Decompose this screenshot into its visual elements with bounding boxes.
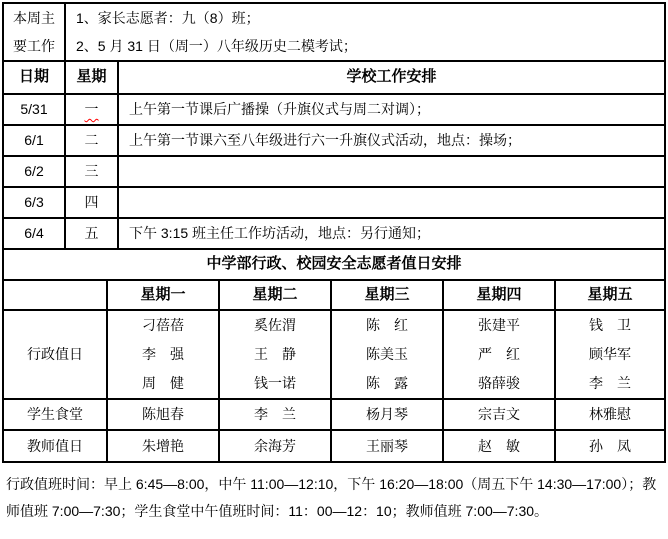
day-header-friday: 星期五 (555, 280, 665, 310)
day-header-monday: 星期一 (107, 280, 219, 310)
duty-person: 李 兰 (558, 369, 662, 398)
duty-person: 刁蓓蓓 (110, 311, 216, 340)
schedule-row: 6/3 四 (3, 187, 665, 218)
duty-row-label: 教师值日 (3, 430, 107, 462)
schedule-header-row: 日期 星期 学校工作安排 (3, 61, 665, 94)
weekday-cell: 五 (65, 218, 118, 249)
duty-person: 王 静 (222, 340, 328, 369)
weekly-schedule-table: 本周主 要工作 1、家长志愿者：九（8）班； 2、5 月 31 日（周一）八年级… (2, 2, 666, 250)
duty-cell: 陈旭春 (107, 399, 219, 430)
date-cell: 6/4 (3, 218, 65, 249)
duty-cell: 奚佐渭 王 静 钱一诺 (219, 310, 331, 399)
duty-person: 陈 红 (334, 311, 440, 340)
duty-person: 钱一诺 (222, 369, 328, 398)
arrangement-cell: 上午第一节课六至八年级进行六一升旗仪式活动，地点：操场； (118, 125, 665, 156)
duty-cell: 赵 敏 (443, 430, 555, 462)
weekly-task-item: 1、家长志愿者：九（8）班； (76, 4, 662, 32)
duty-cell: 钱 卫 顾华军 李 兰 (555, 310, 665, 399)
duty-cell: 杨月琴 (331, 399, 443, 430)
duty-row-teacher: 教师值日 朱增艳 余海芳 王丽琴 赵 敏 孙 凤 (3, 430, 665, 462)
duty-cell: 刁蓓蓓 李 强 周 健 (107, 310, 219, 399)
duty-person: 李 强 (110, 340, 216, 369)
duty-person: 陈美玉 (334, 340, 440, 369)
duty-person: 周 健 (110, 369, 216, 398)
duty-person: 骆薛骏 (446, 369, 552, 398)
weekday-cell: 四 (65, 187, 118, 218)
weekly-tasks-label: 本周主 要工作 (3, 3, 65, 61)
duty-cell: 林雅慰 (555, 399, 665, 430)
weekday-cell: 一 (65, 94, 118, 125)
weekly-tasks-content: 1、家长志愿者：九（8）班； 2、5 月 31 日（周一）八年级历史二模考试； (65, 3, 665, 61)
duty-person: 钱 卫 (558, 311, 662, 340)
duty-title-row: 中学部行政、校园安全志愿者值日安排 (3, 249, 665, 280)
duty-cell: 余海芳 (219, 430, 331, 462)
schedule-row: 6/2 三 (3, 156, 665, 187)
duty-person: 陈 露 (334, 369, 440, 398)
duty-cell: 张建平 严 红 骆薛骏 (443, 310, 555, 399)
duty-cell: 朱增艳 (107, 430, 219, 462)
duty-cell: 李 兰 (219, 399, 331, 430)
duty-roster-table: 中学部行政、校园安全志愿者值日安排 星期一 星期二 星期三 星期四 星期五 行政… (2, 248, 666, 463)
duty-cell: 陈 红 陈美玉 陈 露 (331, 310, 443, 399)
arrangement-cell (118, 156, 665, 187)
date-cell: 6/3 (3, 187, 65, 218)
duty-row-admin: 行政值日 刁蓓蓓 李 强 周 健 奚佐渭 王 静 钱一诺 陈 红 陈美玉 陈 露… (3, 310, 665, 399)
duty-section-title: 中学部行政、校园安全志愿者值日安排 (3, 249, 665, 280)
arrangement-cell (118, 187, 665, 218)
header-date: 日期 (3, 61, 65, 94)
day-header-tuesday: 星期二 (219, 280, 331, 310)
weekday-cell: 二 (65, 125, 118, 156)
duty-person: 奚佐渭 (222, 311, 328, 340)
weekly-tasks-label-line1: 本周主 (6, 4, 62, 32)
weekly-task-item: 2、5 月 31 日（周一）八年级历史二模考试； (76, 32, 662, 60)
date-cell: 5/31 (3, 94, 65, 125)
duty-row-label: 学生食堂 (3, 399, 107, 430)
duty-person: 严 红 (446, 340, 552, 369)
date-cell: 6/1 (3, 125, 65, 156)
schedule-row: 6/4 五 下午 3:15 班主任工作坊活动，地点：另行通知； (3, 218, 665, 249)
schedule-row: 6/1 二 上午第一节课六至八年级进行六一升旗仪式活动，地点：操场； (3, 125, 665, 156)
weekday-cell: 三 (65, 156, 118, 187)
duty-row-label: 行政值日 (3, 310, 107, 399)
day-header-thursday: 星期四 (443, 280, 555, 310)
duty-day-header-row: 星期一 星期二 星期三 星期四 星期五 (3, 280, 665, 310)
schedule-row: 5/31 一 上午第一节课后广播操（升旗仪式与周二对调）； (3, 94, 665, 125)
day-header-wednesday: 星期三 (331, 280, 443, 310)
header-weekday: 星期 (65, 61, 118, 94)
header-arrangement: 学校工作安排 (118, 61, 665, 94)
weekly-tasks-label-line2: 要工作 (6, 32, 62, 60)
duty-cell: 宗吉文 (443, 399, 555, 430)
duty-cell: 王丽琴 (331, 430, 443, 462)
duty-person: 顾华军 (558, 340, 662, 369)
weekday-text-misspelled: 一 (85, 101, 99, 117)
duty-person: 张建平 (446, 311, 552, 340)
weekly-tasks-row: 本周主 要工作 1、家长志愿者：九（8）班； 2、5 月 31 日（周一）八年级… (3, 3, 665, 61)
duty-corner-cell (3, 280, 107, 310)
duty-cell: 孙 凤 (555, 430, 665, 462)
arrangement-cell: 下午 3:15 班主任工作坊活动，地点：另行通知； (118, 218, 665, 249)
duty-row-canteen: 学生食堂 陈旭春 李 兰 杨月琴 宗吉文 林雅慰 (3, 399, 665, 430)
arrangement-cell: 上午第一节课后广播操（升旗仪式与周二对调）； (118, 94, 665, 125)
date-cell: 6/2 (3, 156, 65, 187)
duty-hours-note: 行政值班时间：早上 6:45—8:00，中午 11:00—12:10，下午 16… (6, 471, 664, 525)
